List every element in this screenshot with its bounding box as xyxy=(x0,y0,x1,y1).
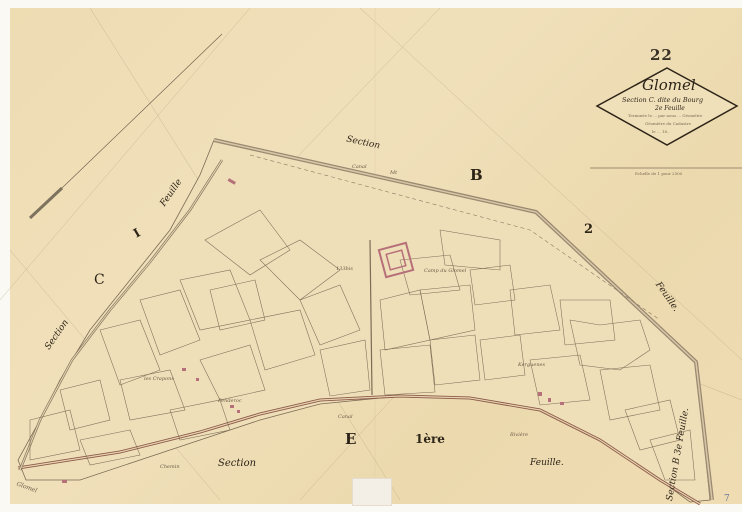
label-mt: Mt xyxy=(390,170,397,176)
label-village-center: Penderoc xyxy=(218,398,242,404)
commune-title: Glomel xyxy=(642,76,696,94)
label-riviere: Rivière xyxy=(510,432,528,438)
label-letter-e: E xyxy=(345,430,356,448)
section-outline xyxy=(18,140,710,502)
label-letter-c: C xyxy=(94,272,105,288)
ink-smudge xyxy=(30,188,62,218)
scale-note: Echelle de 1 pour 2500 xyxy=(635,171,682,176)
signature-line: Géomètre du Cadastre xyxy=(645,121,691,126)
note-line: Terminée le ... par nous ... Géomètre xyxy=(628,113,702,118)
map-page: 22 Glomel Section C. dite du Bourg 2e Fe… xyxy=(0,0,742,512)
sheet-number: 22 xyxy=(650,46,673,64)
label-section-bottom: Section xyxy=(218,458,256,469)
sheet-line: 2e Feuille xyxy=(655,105,685,112)
corner-mark: 7 xyxy=(724,494,730,504)
map-drawing xyxy=(0,0,742,512)
label-village-right: Kerguenes xyxy=(518,362,545,368)
label-camp: Camp du Glomel xyxy=(424,268,466,274)
label-num-2: 2 xyxy=(584,222,593,237)
label-chemin: Chemin xyxy=(160,464,180,470)
section-line: Section C. dite du Bourg xyxy=(622,96,703,104)
label-canal-bottom: Canal xyxy=(338,414,353,420)
label-letter-b: B xyxy=(470,166,483,184)
label-1ere: 1ère xyxy=(415,432,445,446)
date-line: le ... 18.. xyxy=(652,129,670,134)
label-feuille-bottom: Feuille. xyxy=(530,458,564,468)
label-canal-top: Canal xyxy=(352,164,367,170)
label-parcel-133bis: 133bis xyxy=(336,266,353,272)
label-les-crapons: les Crapons xyxy=(144,376,174,382)
paper-patch xyxy=(352,478,392,506)
